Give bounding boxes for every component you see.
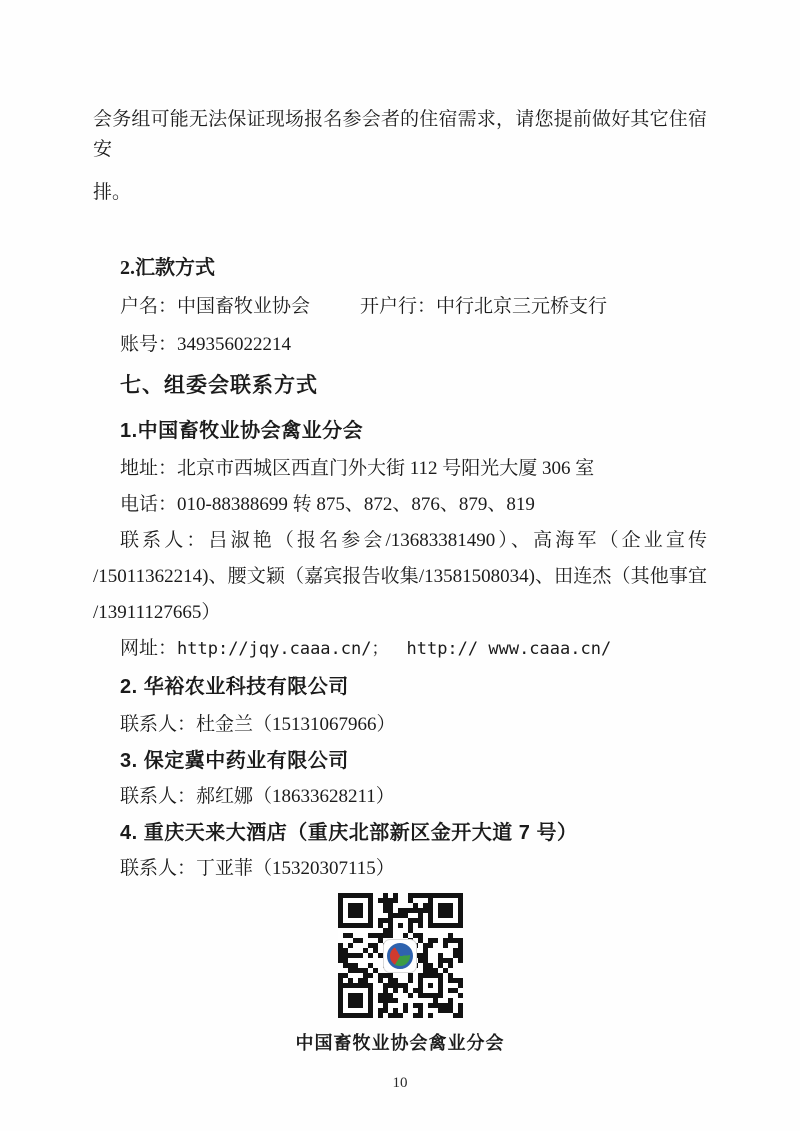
org1-contacts-line-1: 联系人：吕淑艳（报名参会/13683381490）、高海军（企业宣传 xyxy=(93,526,707,556)
org4-contact: 联系人：丁亚菲（15320307115） xyxy=(93,854,707,884)
org1-address: 地址：北京市西城区西直门外大街 112 号阳光大厦 306 室 xyxy=(93,454,707,484)
document-page: 会务组可能无法保证现场报名参会者的住宿需求，请您提前做好其它住宿安 排。 2.汇… xyxy=(0,0,800,1131)
qr-center-logo xyxy=(383,939,417,973)
org1-website-line: 网址：http://jqy.caaa.cn/；http:// www.caaa.… xyxy=(93,634,707,664)
document-body: 会务组可能无法保证现场报名参会者的住宿需求，请您提前做好其它住宿安 排。 2.汇… xyxy=(0,0,800,1098)
heading-org2-huayu: 2. 华裕农业科技有限公司 xyxy=(93,672,707,702)
qr-code xyxy=(338,893,463,1018)
caaa-emblem-icon xyxy=(387,943,413,969)
qr-code-row xyxy=(93,893,707,1018)
website-label: 网址： xyxy=(120,638,177,659)
heading-remittance-method: 2.汇款方式 xyxy=(93,253,707,283)
qr-caption: 中国畜牧业协会禽业分会 xyxy=(93,1028,707,1058)
website-url-jqy: http://jqy.caaa.cn/； xyxy=(177,639,388,659)
account-name: 户名：中国畜牧业协会 xyxy=(120,296,310,317)
page-number: 10 xyxy=(93,1068,707,1098)
org3-contact: 联系人：郝红娜（18633628211） xyxy=(93,782,707,812)
org1-contacts-line-2: /15011362214)、腰文颖（嘉宾报告收集/13581508034)、田连… xyxy=(93,562,707,592)
heading-org3-jizhong-pharma: 3. 保定冀中药业有限公司 xyxy=(93,746,707,776)
payment-account-line: 户名：中国畜牧业协会开户行：中行北京三元桥支行 xyxy=(93,292,707,322)
org1-contacts-line-3: /13911127665） xyxy=(93,598,707,628)
heading-section7-committee-contacts: 七、组委会联系方式 xyxy=(93,370,707,402)
heading-org1-poultry-branch: 1.中国畜牧业协会禽业分会 xyxy=(93,416,707,446)
bank-name: 开户行：中行北京三元桥支行 xyxy=(360,296,607,317)
intro-paragraph-line-2: 排。 xyxy=(93,178,707,208)
org2-contact: 联系人：杜金兰（15131067966） xyxy=(93,710,707,740)
org1-phone: 电话：010-88388699 转 875、872、876、879、819 xyxy=(93,490,707,520)
heading-org4-tianlai-hotel: 4. 重庆天来大酒店（重庆北部新区金开大道 7 号） xyxy=(93,818,707,848)
account-number: 账号：349356022214 xyxy=(93,330,707,360)
intro-paragraph-line-1: 会务组可能无法保证现场报名参会者的住宿需求，请您提前做好其它住宿安 xyxy=(93,105,707,165)
website-url-caaa: http:// www.caaa.cn/ xyxy=(406,639,611,659)
